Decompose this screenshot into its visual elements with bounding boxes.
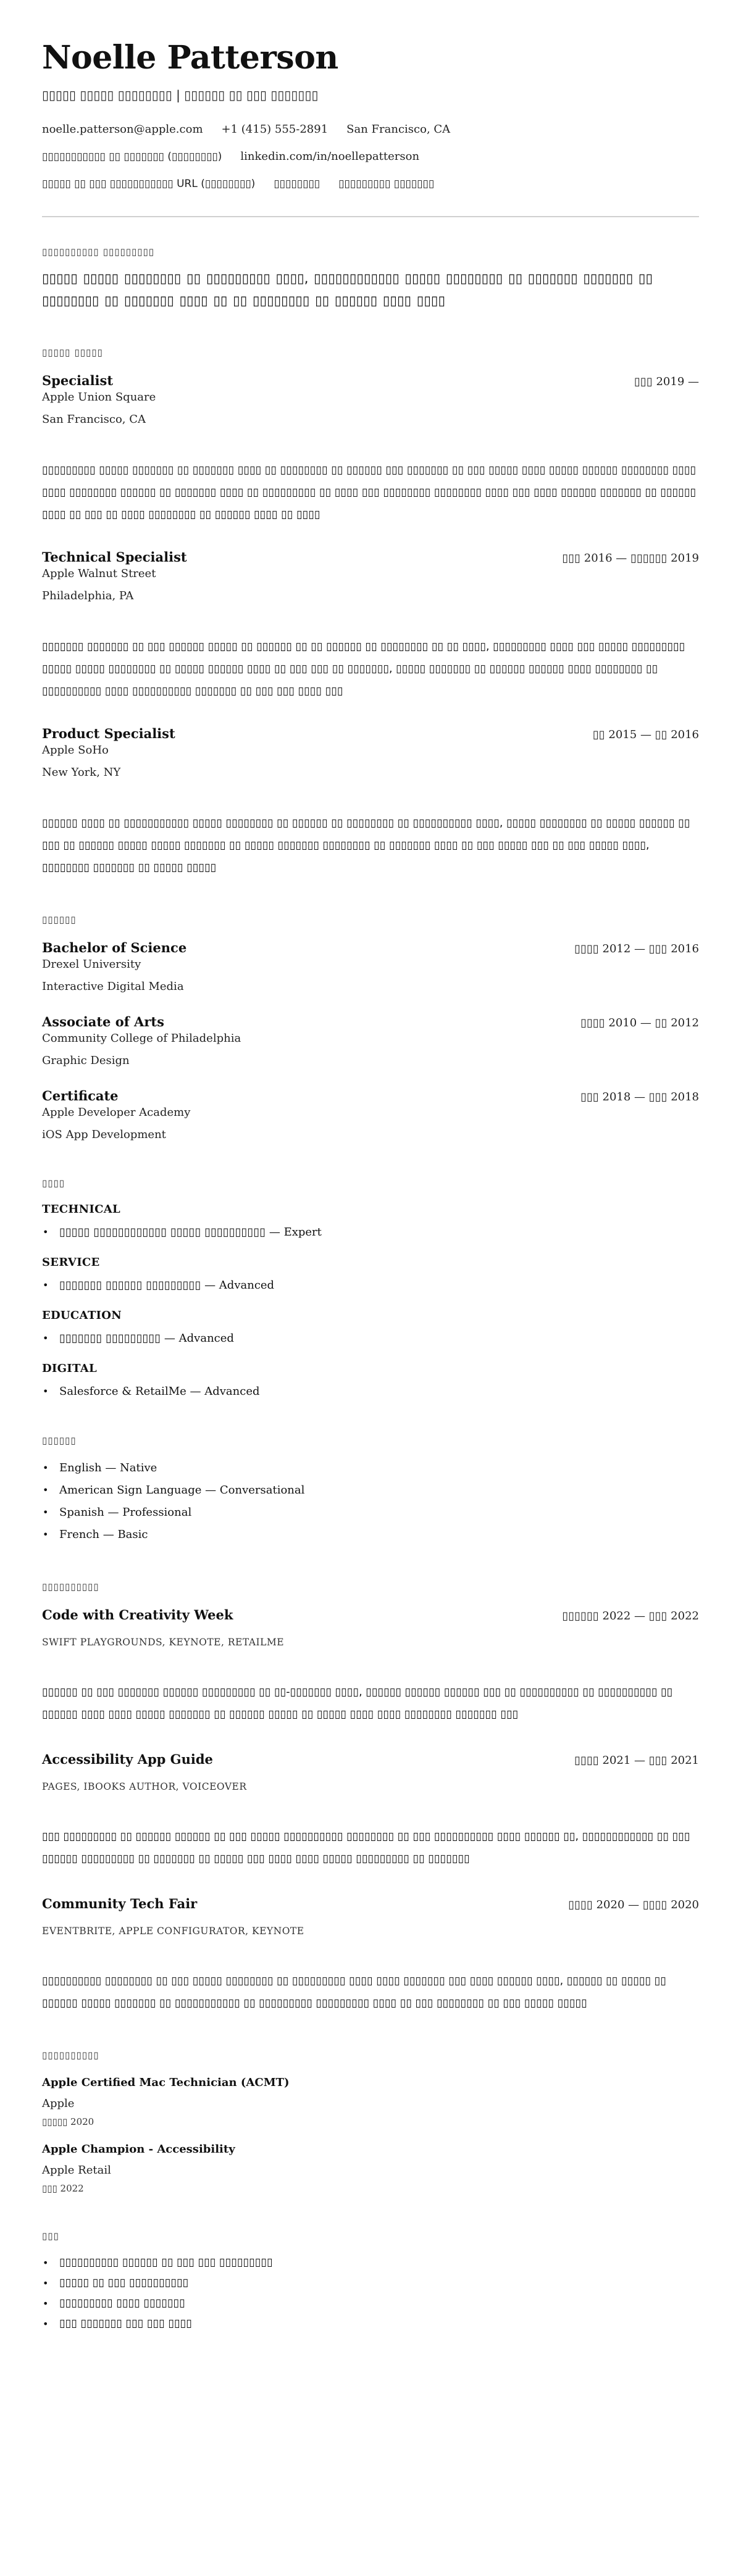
skill-item: Salesforce & RetailMe — Advanced xyxy=(59,1384,699,1400)
school: Drexel University xyxy=(42,957,699,972)
project-description: ▯▯▯▯▯▯▯▯▯▯ ▯▯▯▯▯▯▯▯ ▯▯ ▯▯▯ ▯▯▯▯▯ ▯▯▯▯▯▯▯… xyxy=(42,1970,699,2014)
job-dates: ▯▯ 2015 — ▯▯ 2016 xyxy=(593,728,699,741)
project-header: Accessibility App Guide▯▯▯▯ 2021 — ▯▯▯ 2… xyxy=(42,1750,699,1769)
job-location: San Francisco, CA xyxy=(42,412,699,427)
education-section: ▯▯▯▯▯▯ Bachelor of Science▯▯▯▯ 2012 — ▯▯… xyxy=(42,913,699,1142)
education-list: Bachelor of Science▯▯▯▯ 2012 — ▯▯▯ 2016D… xyxy=(42,939,699,1142)
project-entry: Accessibility App Guide▯▯▯▯ 2021 — ▯▯▯ 2… xyxy=(42,1750,699,1870)
job-entry: Product Specialist▯▯ 2015 — ▯▯ 2016Apple… xyxy=(42,725,699,879)
resume-header: Noelle Patterson ▯▯▯▯▯ ▯▯▯▯▯ ▯▯▯▯▯▯▯▯ | … xyxy=(42,36,699,191)
skill-category: TECHNICAL xyxy=(42,1202,699,1217)
project-entry: Code with Creativity Week▯▯▯▯▯▯ 2022 — ▯… xyxy=(42,1606,699,1726)
project-dates: ▯▯▯▯▯▯ 2022 — ▯▯▯ 2022 xyxy=(562,1610,699,1622)
certification-date: ▯▯▯▯▯ 2020 xyxy=(42,2115,699,2129)
project-tech-stack: SWIFT PLAYGROUNDS, KEYNOTE, RETAILME xyxy=(42,1635,699,1649)
project-header: Community Tech Fair▯▯▯▯ 2020 — ▯▯▯▯ 2020 xyxy=(42,1895,699,1913)
interests-section: ▯▯▯ ▯▯▯▯▯▯▯▯▯▯ ▯▯▯▯▯▯ ▯▯ ▯▯▯ ▯▯▯ ▯▯▯▯▯▯▯… xyxy=(42,2229,699,2334)
job-location: New York, NY xyxy=(42,765,699,780)
contact-row-3: ▯▯▯▯▯ ▯▯ ▯▯▯ ▯▯▯▯▯▯▯▯▯▯▯ URL (▯▯▯▯▯▯▯▯) … xyxy=(42,177,699,191)
contact-row-2: ▯▯▯▯▯▯▯▯▯▯▯ ▯▯ ▯▯▯▯▯▯▯ (▯▯▯▯▯▯▯▯) linked… xyxy=(42,149,699,164)
resume-page: Noelle Patterson ▯▯▯▯▯ ▯▯▯▯▯ ▯▯▯▯▯▯▯▯ | … xyxy=(0,0,741,2371)
degree: Certificate xyxy=(42,1087,119,1105)
projects-heading: ▯▯▯▯▯▯▯▯▯▯ xyxy=(42,1580,699,1593)
job-description: ▯▯▯▯▯▯ ▯▯▯▯ ▯▯ ▯▯▯▯▯▯▯▯▯▯▯ ▯▯▯▯▯ ▯▯▯▯▯▯▯… xyxy=(42,812,699,879)
job-dates: ▯▯▯ 2019 — xyxy=(634,375,699,388)
email-link[interactable]: noelle.patterson@apple.com xyxy=(42,122,203,137)
languages-heading: ▯▯▯▯▯▯ xyxy=(42,1434,699,1447)
certification-issuer: Apple xyxy=(42,2096,699,2111)
skills-heading: ▯▯▯▯ xyxy=(42,1176,699,1190)
skill-items: ▯▯▯▯▯▯▯ ▯▯▯▯▯▯ ▯▯▯▯▯▯▯▯▯ — Advanced xyxy=(42,1278,699,1294)
candidate-name: Noelle Patterson xyxy=(42,36,699,80)
job-title: Technical Specialist xyxy=(42,548,187,567)
contact-placeholder: ▯▯▯▯▯▯▯▯▯▯▯ ▯▯ ▯▯▯▯▯▯▯ (▯▯▯▯▯▯▯▯) xyxy=(42,149,222,164)
projects-section: ▯▯▯▯▯▯▯▯▯▯ Code with Creativity Week▯▯▯▯… xyxy=(42,1580,699,2014)
job-header: Specialist▯▯▯ 2019 — xyxy=(42,372,699,390)
project-header: Code with Creativity Week▯▯▯▯▯▯ 2022 — ▯… xyxy=(42,1606,699,1624)
interest-item: ▯▯▯▯▯▯▯▯▯ ▯▯▯▯ ▯▯▯▯▯▯▯ xyxy=(59,2293,699,2314)
job-entry: Technical Specialist▯▯▯ 2016 — ▯▯▯▯▯▯ 20… xyxy=(42,548,699,702)
location: San Francisco, CA xyxy=(346,122,450,137)
projects-list: Code with Creativity Week▯▯▯▯▯▯ 2022 — ▯… xyxy=(42,1606,699,2014)
contact-extra-1: ▯▯▯▯▯▯▯▯ xyxy=(274,177,320,191)
certification-entry: Apple Certified Mac Technician (ACMT)App… xyxy=(42,2075,699,2129)
job-entry: Specialist▯▯▯ 2019 —Apple Union SquareSa… xyxy=(42,372,699,526)
project-dates: ▯▯▯▯ 2020 — ▯▯▯▯ 2020 xyxy=(568,1898,699,1911)
interest-item: ▯▯▯ ▯▯▯▯▯▯▯ ▯▯▯ ▯▯▯ ▯▯▯▯ xyxy=(59,2314,699,2334)
skill-items: Salesforce & RetailMe — Advanced xyxy=(42,1384,699,1400)
skill-category: SERVICE xyxy=(42,1255,699,1270)
interests-heading: ▯▯▯ xyxy=(42,2229,699,2243)
project-title: Accessibility App Guide xyxy=(42,1750,213,1769)
experience-section: ▯▯▯▯▯ ▯▯▯▯▯ Specialist▯▯▯ 2019 —Apple Un… xyxy=(42,346,699,879)
project-tech-stack: EVENTBRITE, APPLE CONFIGURATOR, KEYNOTE xyxy=(42,1924,699,1938)
project-tech-stack: PAGES, IBOOKS AUTHOR, VOICEOVER xyxy=(42,1780,699,1793)
project-title: Community Tech Fair xyxy=(42,1895,197,1913)
header-divider xyxy=(42,216,699,217)
school: Community College of Philadelphia xyxy=(42,1031,699,1046)
contact-extra-2: ▯▯▯▯▯▯▯▯▯ ▯▯▯▯▯▯▯ xyxy=(338,177,434,191)
field-of-study: Graphic Design xyxy=(42,1053,699,1068)
language-item: Spanish — Professional xyxy=(59,1502,699,1524)
certifications-heading: ▯▯▯▯▯▯▯▯▯▯ xyxy=(42,2048,699,2062)
summary-heading: ▯▯▯▯▯▯▯▯▯▯ ▯▯▯▯▯▯▯▯▯ xyxy=(42,245,699,259)
certification-date: ▯▯▯ 2022 xyxy=(42,2182,699,2195)
experience-heading: ▯▯▯▯▯ ▯▯▯▯▯ xyxy=(42,346,699,359)
languages-section: ▯▯▯▯▯▯ English — NativeAmerican Sign Lan… xyxy=(42,1434,699,1546)
job-header: Technical Specialist▯▯▯ 2016 — ▯▯▯▯▯▯ 20… xyxy=(42,548,699,567)
job-title: Specialist xyxy=(42,372,113,390)
summary-section: ▯▯▯▯▯▯▯▯▯▯ ▯▯▯▯▯▯▯▯▯ ▯▯▯▯▯ ▯▯▯▯▯ ▯▯▯▯▯▯▯… xyxy=(42,245,699,312)
job-location: Philadelphia, PA xyxy=(42,589,699,604)
interests-list: ▯▯▯▯▯▯▯▯▯▯ ▯▯▯▯▯▯ ▯▯ ▯▯▯ ▯▯▯ ▯▯▯▯▯▯▯▯▯▯▯… xyxy=(42,2253,699,2334)
certifications-list: Apple Certified Mac Technician (ACMT)App… xyxy=(42,2075,699,2195)
job-description: ▯▯▯▯▯▯▯▯▯ ▯▯▯▯▯ ▯▯▯▯▯▯▯ ▯▯ ▯▯▯▯▯▯▯ ▯▯▯▯ … xyxy=(42,459,699,526)
languages-list: English — NativeAmerican Sign Language —… xyxy=(42,1457,699,1546)
language-item: American Sign Language — Conversational xyxy=(59,1479,699,1502)
education-dates: ▯▯▯▯ 2010 — ▯▯ 2012 xyxy=(580,1016,699,1029)
language-item: French — Basic xyxy=(59,1524,699,1546)
skill-item: ▯▯▯▯▯▯▯ ▯▯▯▯▯▯ ▯▯▯▯▯▯▯▯▯ — Advanced xyxy=(59,1278,699,1294)
education-entry: Certificate▯▯▯ 2018 — ▯▯▯ 2018Apple Deve… xyxy=(42,1087,699,1142)
certifications-section: ▯▯▯▯▯▯▯▯▯▯ Apple Certified Mac Technicia… xyxy=(42,2048,699,2195)
school: Apple Developer Academy xyxy=(42,1105,699,1120)
education-header: Bachelor of Science▯▯▯▯ 2012 — ▯▯▯ 2016 xyxy=(42,939,699,957)
project-dates: ▯▯▯▯ 2021 — ▯▯▯ 2021 xyxy=(574,1754,699,1767)
language-item: English — Native xyxy=(59,1457,699,1479)
education-dates: ▯▯▯▯ 2012 — ▯▯▯ 2016 xyxy=(574,942,699,955)
job-description: ▯▯▯▯▯▯▯ ▯▯▯▯▯▯▯ ▯▯ ▯▯▯ ▯▯▯▯▯▯ ▯▯▯▯▯ ▯▯ ▯… xyxy=(42,636,699,702)
job-dates: ▯▯▯ 2016 — ▯▯▯▯▯▯ 2019 xyxy=(562,552,699,565)
project-description: ▯▯▯ ▯▯▯▯▯▯▯▯▯ ▯▯ ▯▯▯▯▯▯ ▯▯▯▯▯▯ ▯▯ ▯▯▯ ▯▯… xyxy=(42,1826,699,1870)
skill-item: ▯▯▯▯▯ ▯▯▯▯▯▯▯▯▯▯▯▯ ▯▯▯▯▯ ▯▯▯▯▯▯▯▯▯▯ — Ex… xyxy=(59,1224,699,1240)
job-company: Apple Walnut Street xyxy=(42,567,699,581)
degree: Bachelor of Science xyxy=(42,939,186,957)
certification-issuer: Apple Retail xyxy=(42,2163,699,2178)
education-header: Associate of Arts▯▯▯▯ 2010 — ▯▯ 2012 xyxy=(42,1013,699,1031)
interest-item: ▯▯▯▯▯ ▯▯ ▯▯▯ ▯▯▯▯▯▯▯▯▯▯ xyxy=(59,2273,699,2293)
education-heading: ▯▯▯▯▯▯ xyxy=(42,913,699,926)
skill-items: ▯▯▯▯▯▯▯ ▯▯▯▯▯▯▯▯▯ — Advanced xyxy=(42,1331,699,1347)
project-entry: Community Tech Fair▯▯▯▯ 2020 — ▯▯▯▯ 2020… xyxy=(42,1895,699,2014)
phone-number: +1 (415) 555-2891 xyxy=(222,122,329,137)
certification-title: Apple Champion - Accessibility xyxy=(42,2142,699,2157)
contact-row-1: noelle.patterson@apple.com +1 (415) 555-… xyxy=(42,122,699,137)
experience-list: Specialist▯▯▯ 2019 —Apple Union SquareSa… xyxy=(42,372,699,879)
linkedin-link[interactable]: linkedin.com/in/noellepatterson xyxy=(240,149,419,164)
skill-items: ▯▯▯▯▯ ▯▯▯▯▯▯▯▯▯▯▯▯ ▯▯▯▯▯ ▯▯▯▯▯▯▯▯▯▯ — Ex… xyxy=(42,1224,699,1240)
interest-item: ▯▯▯▯▯▯▯▯▯▯ ▯▯▯▯▯▯ ▯▯ ▯▯▯ ▯▯▯ ▯▯▯▯▯▯▯▯▯ xyxy=(59,2253,699,2273)
skills-section: ▯▯▯▯ TECHNICAL▯▯▯▯▯ ▯▯▯▯▯▯▯▯▯▯▯▯ ▯▯▯▯▯ ▯… xyxy=(42,1176,699,1400)
certification-entry: Apple Champion - AccessibilityApple Reta… xyxy=(42,2142,699,2195)
degree: Associate of Arts xyxy=(42,1013,164,1031)
headline: ▯▯▯▯▯ ▯▯▯▯▯ ▯▯▯▯▯▯▯▯ | ▯▯▯▯▯▯ ▯▯ ▯▯▯ ▯▯▯… xyxy=(42,84,699,106)
job-company: Apple Union Square xyxy=(42,390,699,405)
project-title: Code with Creativity Week xyxy=(42,1606,233,1624)
job-header: Product Specialist▯▯ 2015 — ▯▯ 2016 xyxy=(42,725,699,743)
project-description: ▯▯▯▯▯▯ ▯▯ ▯▯▯ ▯▯▯▯▯▯▯ ▯▯▯▯▯▯ ▯▯▯▯▯▯▯▯▯ ▯… xyxy=(42,1681,699,1726)
education-header: Certificate▯▯▯ 2018 — ▯▯▯ 2018 xyxy=(42,1087,699,1105)
skill-category: EDUCATION xyxy=(42,1308,699,1323)
education-dates: ▯▯▯ 2018 — ▯▯▯ 2018 xyxy=(580,1091,699,1103)
skill-item: ▯▯▯▯▯▯▯ ▯▯▯▯▯▯▯▯▯ — Advanced xyxy=(59,1331,699,1347)
education-entry: Associate of Arts▯▯▯▯ 2010 — ▯▯ 2012Comm… xyxy=(42,1013,699,1068)
summary-text: ▯▯▯▯▯ ▯▯▯▯▯ ▯▯▯▯▯▯▯▯ ▯▯ ▯▯▯▯▯▯▯▯▯ ▯▯▯▯, … xyxy=(42,267,699,312)
field-of-study: iOS App Development xyxy=(42,1128,699,1142)
field-of-study: Interactive Digital Media xyxy=(42,979,699,994)
portfolio-url-placeholder: ▯▯▯▯▯ ▯▯ ▯▯▯ ▯▯▯▯▯▯▯▯▯▯▯ URL (▯▯▯▯▯▯▯▯) xyxy=(42,177,255,191)
job-title: Product Specialist xyxy=(42,725,175,743)
certification-title: Apple Certified Mac Technician (ACMT) xyxy=(42,2075,699,2090)
skills-list: TECHNICAL▯▯▯▯▯ ▯▯▯▯▯▯▯▯▯▯▯▯ ▯▯▯▯▯ ▯▯▯▯▯▯… xyxy=(42,1202,699,1400)
job-company: Apple SoHo xyxy=(42,743,699,758)
education-entry: Bachelor of Science▯▯▯▯ 2012 — ▯▯▯ 2016D… xyxy=(42,939,699,994)
skill-category: DIGITAL xyxy=(42,1361,699,1376)
